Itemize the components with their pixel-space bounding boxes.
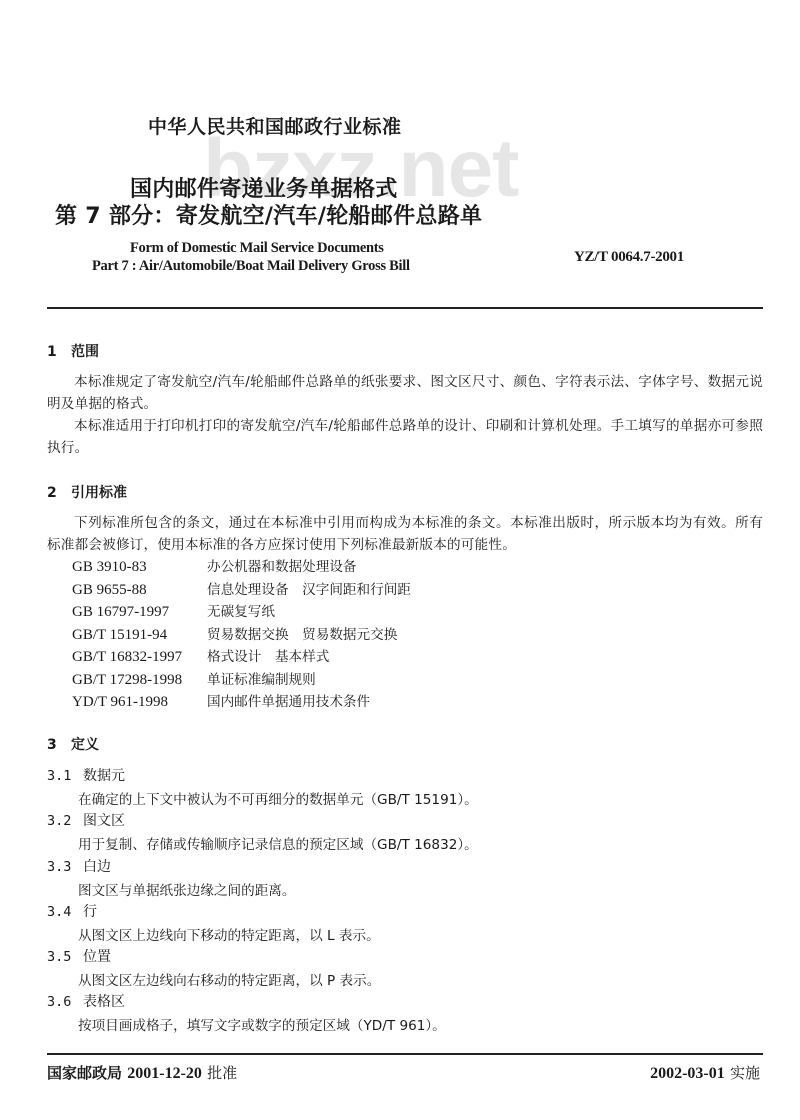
approval-label: 批准: [207, 1064, 237, 1082]
definition-number: 3.2: [47, 813, 83, 829]
issuer: 国家邮政局: [47, 1064, 122, 1082]
effective-info: 2002-03-01 实施: [650, 1062, 760, 1083]
section-heading-definitions: 3定义: [47, 734, 99, 754]
section-number: 3: [47, 737, 71, 753]
definition-term-label: 白边: [83, 859, 111, 875]
reference-item: YD/T 961-1998国内邮件单据通用技术条件: [72, 691, 370, 713]
effective-date: 2002-03-01: [650, 1065, 725, 1082]
reference-item: GB 9655-88信息处理设备 汉字间距和行间距: [72, 579, 411, 601]
reference-code: GB/T 16832-1997: [72, 646, 207, 668]
definition-text: 按项目画成格子，填写文字或数字的预定区域（YD/T 961）。: [78, 1014, 446, 1034]
definition-text: 从图文区上边线向下移动的特定距离，以 L 表示。: [78, 924, 380, 944]
reference-title: 单证标准编制规则: [207, 669, 316, 691]
reference-title: 格式设计 基本样式: [207, 646, 329, 668]
definition-term-label: 图文区: [83, 813, 125, 829]
reference-item: GB/T 16832-1997格式设计 基本样式: [72, 646, 329, 668]
section-title: 范围: [71, 344, 99, 360]
definition-term: 3.3白边: [47, 856, 111, 876]
section-title: 引用标准: [71, 485, 127, 501]
definition-number: 3.1: [47, 768, 83, 784]
reference-title: 国内邮件单据通用技术条件: [207, 691, 370, 713]
references-intro: 下列标准所包含的条文，通过在本标准中引用而构成为本标准的条文。本标准出版时，所示…: [47, 512, 763, 556]
footer-divider: [47, 1053, 763, 1055]
definition-number: 3.5: [47, 949, 83, 965]
definition-number: 3.6: [47, 994, 83, 1010]
definition-number: 3.3: [47, 859, 83, 875]
header-divider: [47, 307, 763, 309]
definition-text: 用于复制、存储或传输顺序记录信息的预定区域（GB/T 16832）。: [78, 833, 478, 853]
reference-code: GB 3910-83: [72, 556, 207, 578]
reference-title: 办公机器和数据处理设备: [207, 556, 357, 578]
effective-label: 实施: [730, 1064, 760, 1082]
definition-term-label: 数据元: [83, 768, 125, 784]
section-title: 定义: [71, 737, 99, 753]
definition-term-label: 位置: [83, 949, 111, 965]
definition-text: 在确定的上下文中被认为不可再细分的数据单元（GB/T 15191）。: [78, 788, 478, 808]
definition-text: 从图文区左边线向右移动的特定距离，以 P 表示。: [78, 969, 380, 989]
reference-item: GB 16797-1997无碳复写纸: [72, 601, 275, 623]
definition-text: 图文区与单据纸张边缘之间的距离。: [78, 879, 296, 899]
definition-term-label: 行: [83, 904, 97, 920]
industry-standard-label: 中华人民共和国邮政行业标准: [148, 112, 402, 139]
standard-code: YZ/T 0064.7-2001: [574, 249, 684, 266]
scope-paragraph-1: 本标准规定了寄发航空/汽车/轮船邮件总路单的纸张要求、图文区尺寸、颜色、字符表示…: [47, 371, 763, 415]
reference-title: 信息处理设备 汉字间距和行间距: [207, 579, 411, 601]
reference-code: GB 9655-88: [72, 579, 207, 601]
reference-title: 无碳复写纸: [207, 601, 275, 623]
scope-paragraph-2: 本标准适用于打印机打印的寄发航空/汽车/轮船邮件总路单的设计、印刷和计算机处理。…: [47, 415, 763, 459]
reference-code: GB 16797-1997: [72, 601, 207, 623]
approval-info: 国家邮政局 2001-12-20 批准: [47, 1062, 237, 1083]
title-en-part: Part 7 : Air/Automobile/Boat Mail Delive…: [92, 258, 410, 275]
definition-term: 3.4行: [47, 901, 97, 921]
title-en-main: Form of Domestic Mail Service Documents: [130, 240, 384, 257]
title-cn-part: 第 7 部分：寄发航空/汽车/轮船邮件总路单: [55, 199, 482, 230]
section-number: 2: [47, 485, 71, 501]
definition-term: 3.2图文区: [47, 810, 125, 830]
section-heading-scope: 1范围: [47, 341, 99, 361]
reference-item: GB/T 15191-94贸易数据交换 贸易数据元交换: [72, 624, 397, 646]
definition-term: 3.1数据元: [47, 765, 125, 785]
definition-term-label: 表格区: [83, 994, 125, 1010]
reference-code: YD/T 961-1998: [72, 691, 207, 713]
approval-date: 2001-12-20: [127, 1065, 202, 1082]
reference-code: GB/T 17298-1998: [72, 669, 207, 691]
section-number: 1: [47, 344, 71, 360]
reference-item: GB 3910-83办公机器和数据处理设备: [72, 556, 357, 578]
reference-item: GB/T 17298-1998单证标准编制规则: [72, 669, 316, 691]
reference-code: GB/T 15191-94: [72, 624, 207, 646]
definition-term: 3.5位置: [47, 946, 111, 966]
reference-title: 贸易数据交换 贸易数据元交换: [207, 624, 397, 646]
section-heading-references: 2引用标准: [47, 482, 127, 502]
definition-number: 3.4: [47, 904, 83, 920]
definition-term: 3.6表格区: [47, 991, 125, 1011]
